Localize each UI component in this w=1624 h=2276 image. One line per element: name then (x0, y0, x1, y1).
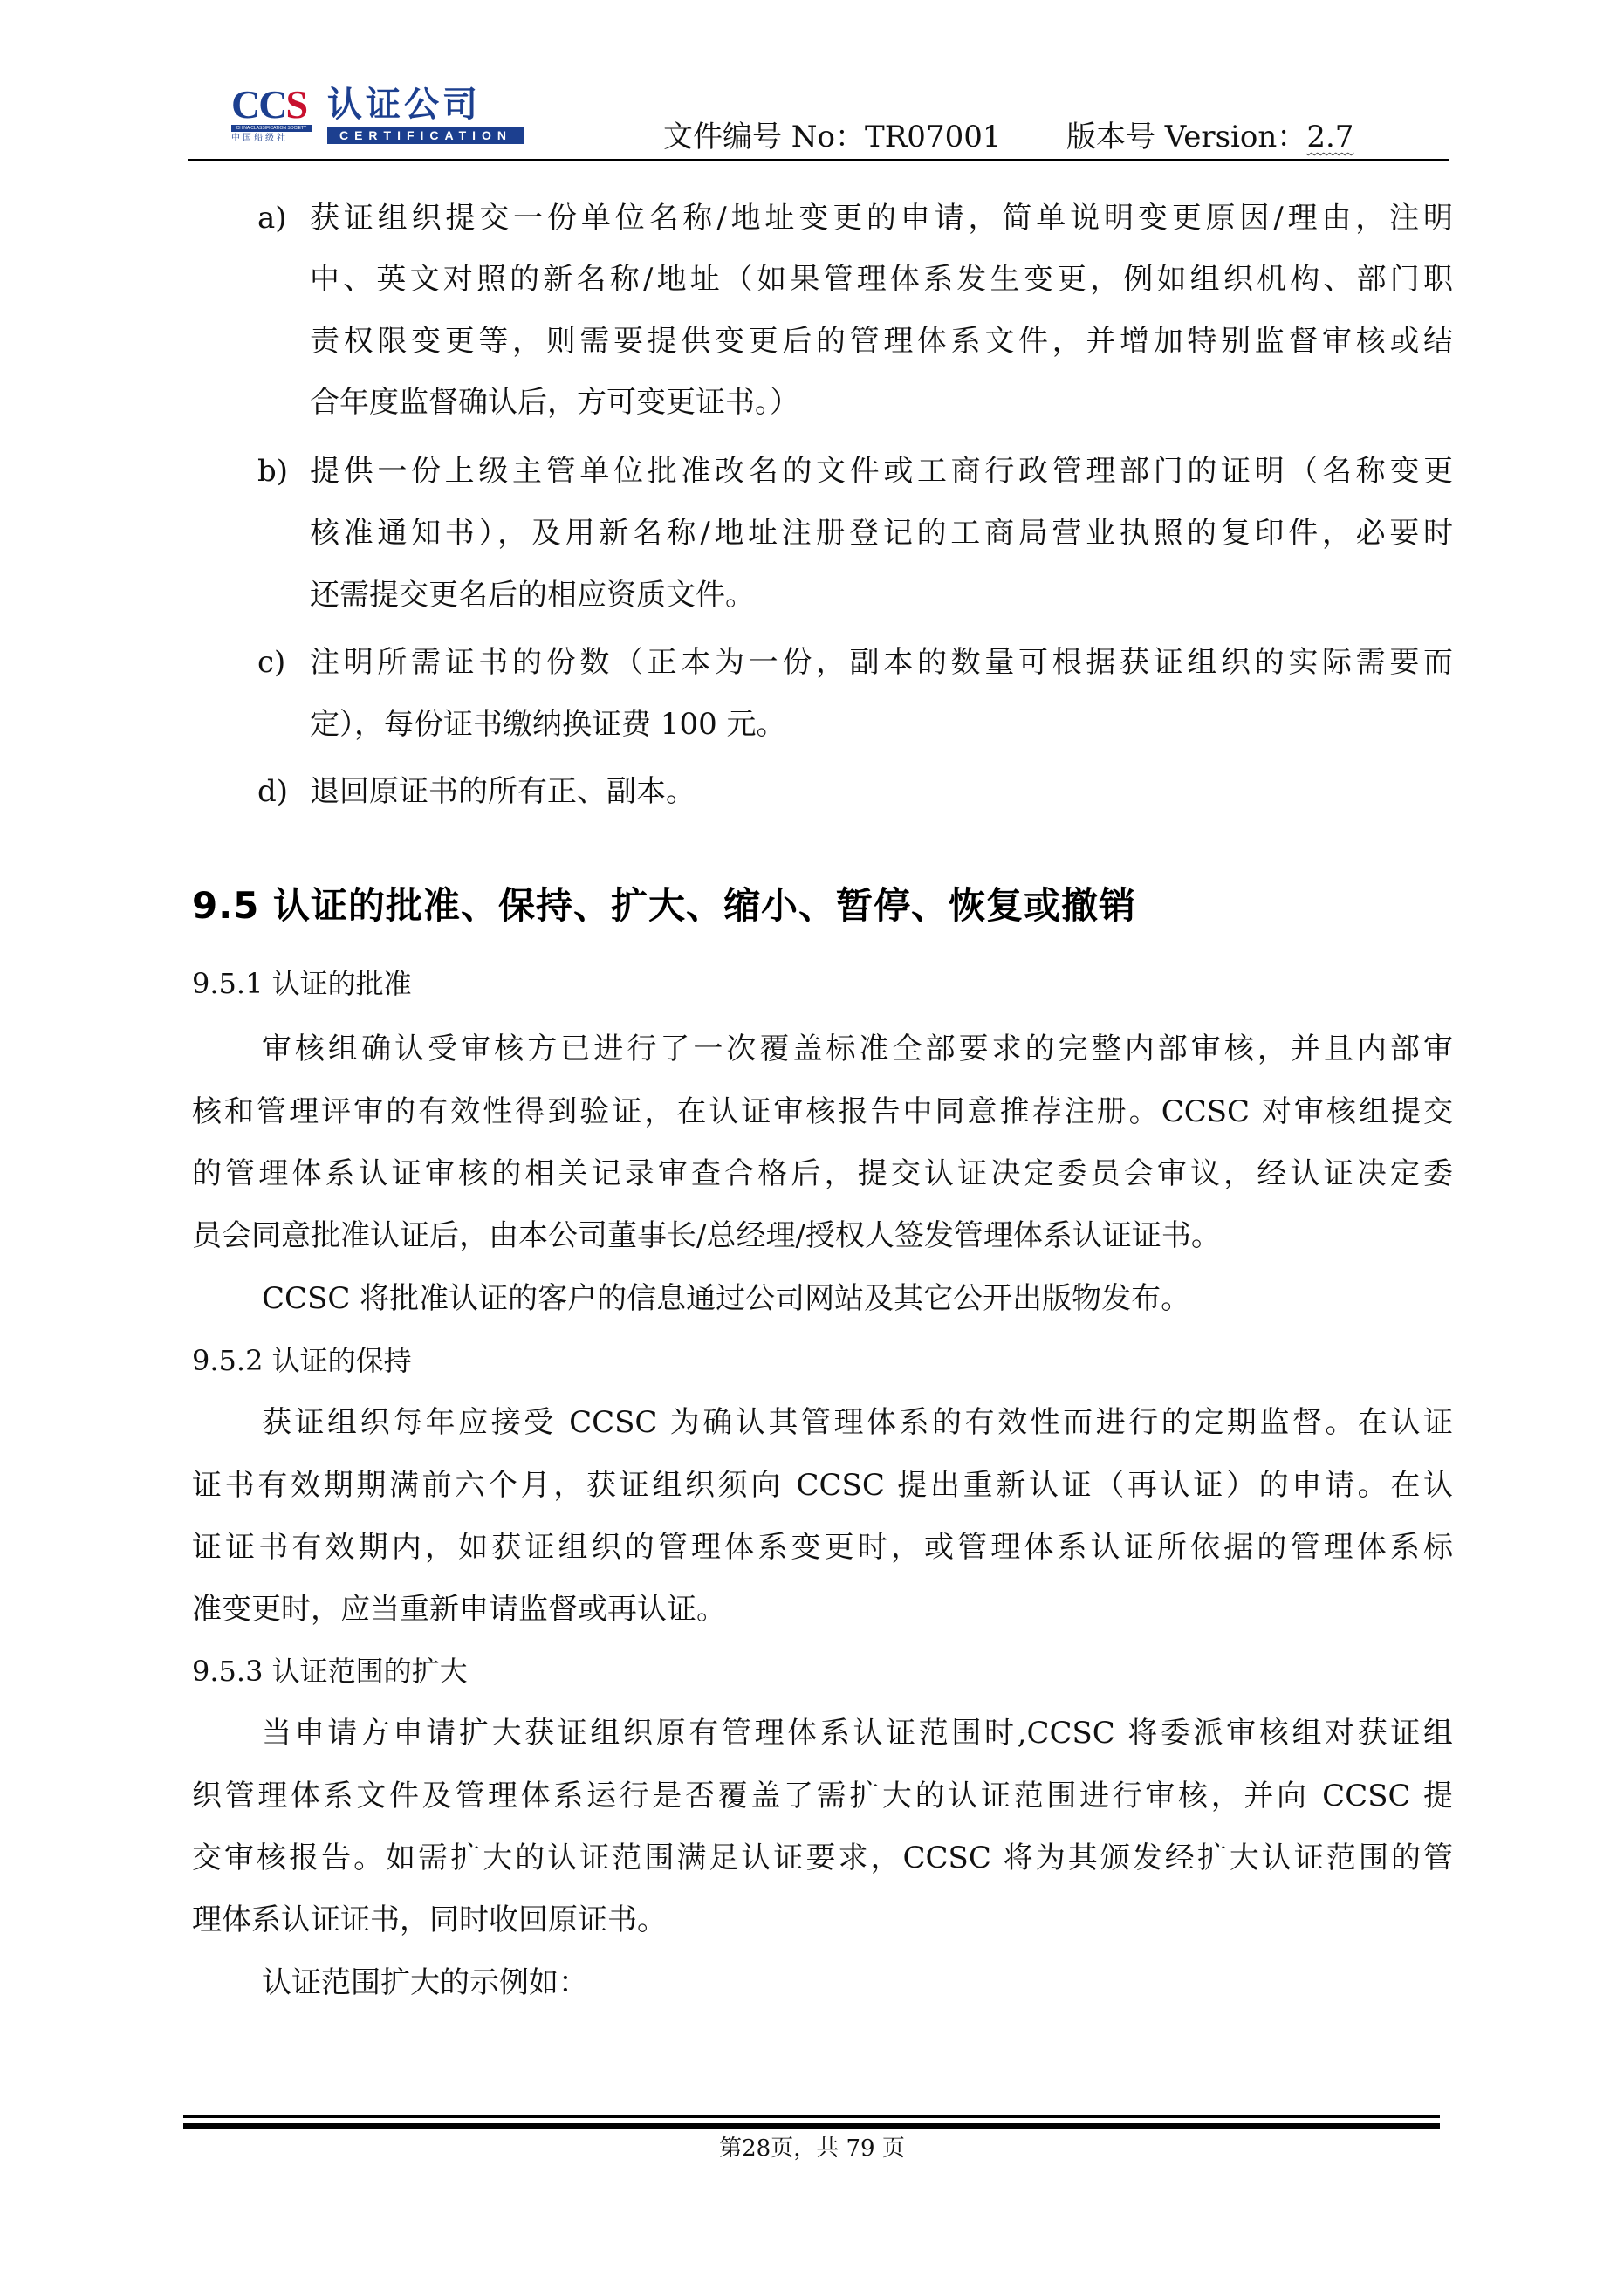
document-number-value: TR07001 (865, 120, 1001, 154)
section-heading-9-5: 9.5 认证的批准、保持、扩大、缩小、暂停、恢复或撤销 (192, 881, 1136, 930)
list-item-d-line-1: 退回原证书的所有正、副本。 (310, 772, 1453, 811)
document-number: 文件编号 No：TR07001 (663, 118, 1001, 156)
footer-divider-thick (183, 2123, 1440, 2129)
list-item-a-line-2: 中、英文对照的新名称/地址（如果管理体系发生变更，例如组织机构、部门职 (310, 260, 1453, 298)
logo-ccs-mark: CCS (231, 86, 306, 124)
list-item-b-line-1: 提供一份上级主管单位批准改名的文件或工商行政管理部门的证明（名称变更 (310, 452, 1453, 490)
list-item-a-line-3: 责权限变更等，则需要提供变更后的管理体系文件，并增加特别监督审核或结 (310, 322, 1453, 360)
subsection-heading-9-5-3: 9.5.3 认证范围的扩大 (192, 1652, 468, 1690)
list-item-c-line-2: 定），每份证书缴纳换证费 100 元。 (310, 705, 1453, 744)
paragraph-line: 员会同意批准认证后，由本公司董事长/总经理/授权人签发管理体系认证证书。 (192, 1217, 1221, 1255)
logo-certification-band: CERTIFICATION (327, 127, 524, 144)
version-value: 2.7 (1306, 120, 1353, 154)
paragraph-line: 当申请方申请扩大获证组织原有管理体系认证范围时,CCSC 将委派审核组对获证组 (262, 1714, 1453, 1752)
logo-society-en: CHINA CLASSIFICATION SOCIETY (231, 125, 312, 132)
subsection-heading-9-5-1: 9.5.1 认证的批准 (192, 964, 412, 1003)
logo-society-cn: 中国船级社 (231, 134, 288, 144)
list-item-d-label: d) (257, 772, 288, 811)
paragraph-line: 证证书有效期内，如获证组织的管理体系变更时，或管理体系认证所依据的管理体系标 (192, 1528, 1453, 1566)
paragraph-line: 审核组确认受审核方已进行了一次覆盖标准全部要求的完整内部审核，并且内部审 (262, 1030, 1453, 1068)
list-item-a-line-1: 获证组织提交一份单位名称/地址变更的申请，简单说明变更原因/理由，注明 (310, 199, 1453, 237)
paragraph-line: 交审核报告。如需扩大的认证范围满足认证要求，CCSC 将为其颁发经扩大认证范围的… (192, 1839, 1453, 1877)
document-number-label: 文件编号 No： (663, 120, 865, 154)
document-version: 版本号 Version：2.7 (1066, 118, 1353, 156)
subsection-heading-9-5-2: 9.5.2 认证的保持 (192, 1341, 412, 1380)
document-page: CCS CHINA CLASSIFICATION SOCIETY 中国船级社 认… (0, 0, 1624, 2276)
paragraph-line: 获证组织每年应接受 CCSC 为确认其管理体系的有效性而进行的定期监督。在认证 (262, 1403, 1453, 1442)
list-item-b-line-2: 核准通知书），及用新名称/地址注册登记的工商局营业执照的复印件，必要时 (310, 514, 1453, 552)
paragraph-line: 核和管理评审的有效性得到验证，在认证审核报告中同意推荐注册。CCSC 对审核组提… (192, 1093, 1453, 1131)
paragraph-line: 理体系认证证书，同时收回原证书。 (192, 1901, 667, 1939)
list-item-b-line-3: 还需提交更名后的相应资质文件。 (310, 576, 1453, 614)
list-item-c-line-1: 注明所需证书的份数（正本为一份，副本的数量可根据获证组织的实际需要而 (310, 643, 1453, 682)
ccs-certification-logo: CCS CHINA CLASSIFICATION SOCIETY 中国船级社 认… (231, 86, 537, 145)
list-item-c-label: c) (257, 643, 285, 682)
list-item-b-label: b) (257, 452, 288, 490)
paragraph-line: 准变更时，应当重新申请监督或再认证。 (192, 1590, 726, 1628)
list-item-a-label: a) (257, 199, 287, 237)
paragraph-line: CCSC 将批准认证的客户的信息通过公司网站及其它公开出版物发布。 (262, 1279, 1190, 1318)
header-divider (188, 159, 1449, 161)
paragraph-line: 证书有效期期满前六个月，获证组织须向 CCSC 提出重新认证（再认证）的申请。在… (192, 1466, 1453, 1505)
logo-company-cn: 认证公司 (327, 86, 481, 124)
paragraph-line: 的管理体系认证审核的相关记录审查合格后，提交认证决定委员会审议，经认证决定委 (192, 1155, 1453, 1193)
page-number: 第28页，共 79 页 (0, 2133, 1624, 2164)
paragraph-line: 织管理体系文件及管理体系运行是否覆盖了需扩大的认证范围进行审核，并向 CCSC … (192, 1777, 1453, 1815)
list-item-a-line-4: 合年度监督确认后，方可变更证书。） (310, 383, 1453, 422)
footer-divider-thin (183, 2115, 1440, 2118)
version-label: 版本号 Version： (1066, 120, 1306, 154)
paragraph-line: 认证范围扩大的示例如： (262, 1964, 588, 2002)
